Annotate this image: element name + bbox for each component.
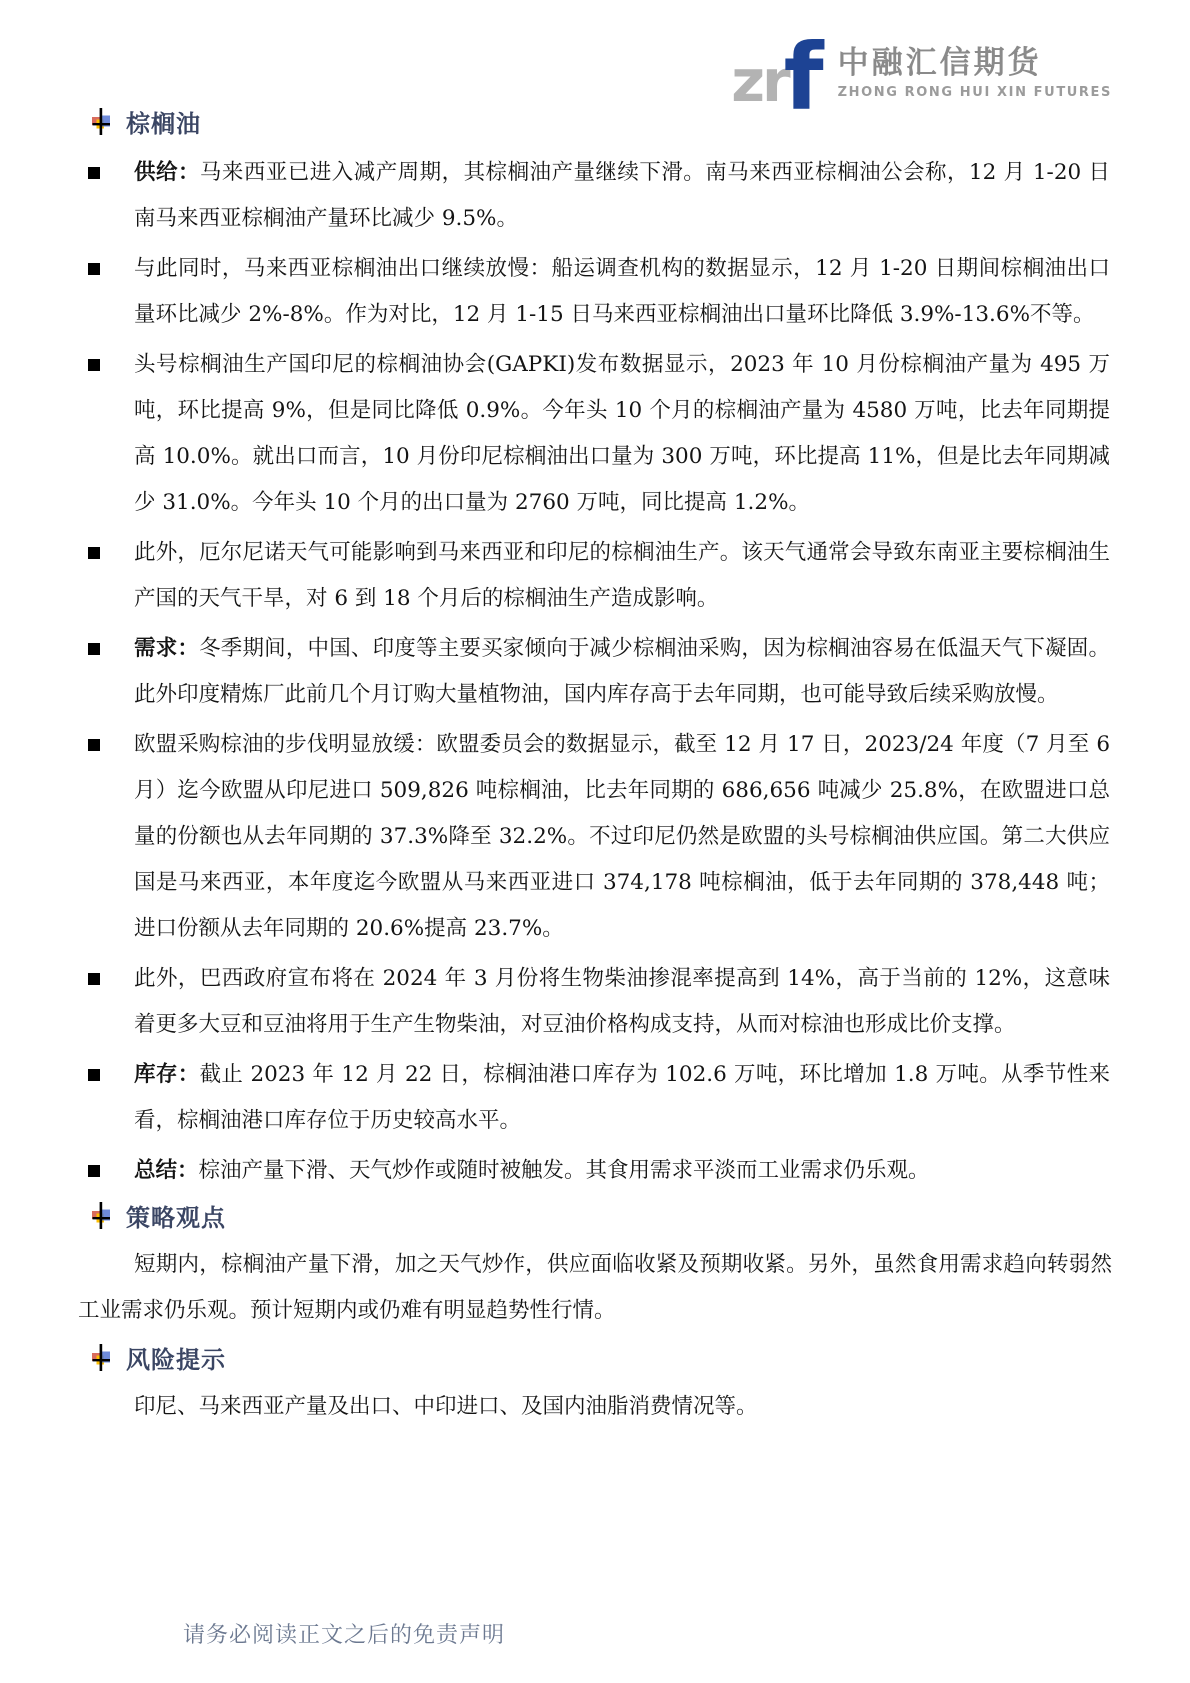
section-bullet-icon	[92, 108, 110, 135]
square-bullet-icon	[88, 547, 100, 559]
bullet-text: 截止 2023 年 12 月 22 日，棕榈油港口库存为 102.6 万吨，环比…	[134, 1062, 1110, 1133]
company-name-en: ZHONG RONG HUI XIN FUTURES	[838, 85, 1112, 100]
company-name-cn: 中融汇信期货	[838, 37, 1112, 82]
section-heading-palm-oil: 棕榈油	[78, 104, 1112, 138]
logo-text-block: 中融汇信期货 ZHONG RONG HUI XIN FUTURES	[838, 37, 1112, 100]
bullet-text: 头号棕榈油生产国印尼的棕榈油协会(GAPKI)发布数据显示，2023 年 10 …	[134, 352, 1110, 515]
bullet-text: 欧盟采购棕油的步伐明显放缓：欧盟委员会的数据显示，截至 12 月 17 日，20…	[134, 732, 1110, 941]
strategy-paragraph: 短期内，棕榈油产量下滑，加之天气炒作，供应面临收紧及预期收紧。另外，虽然食用需求…	[78, 1242, 1112, 1334]
square-bullet-icon	[88, 1069, 100, 1081]
square-bullet-icon	[88, 739, 100, 751]
section-title: 策略观点	[126, 1198, 226, 1233]
bullet-text: 马来西亚已进入减产周期，其棕榈油产量继续下滑。南马来西亚棕榈油公会称，12 月 …	[134, 160, 1110, 231]
bullet-label: 总结：	[134, 1158, 199, 1183]
bullet-item: 库存：截止 2023 年 12 月 22 日，棕榈油港口库存为 102.6 万吨…	[78, 1052, 1112, 1144]
bullet-list: 供给：马来西亚已进入减产周期，其棕榈油产量继续下滑。南马来西亚棕榈油公会称，12…	[78, 150, 1112, 1194]
square-bullet-icon	[88, 643, 100, 655]
bullet-label: 供给：	[134, 160, 200, 185]
bullet-item: 与此同时，马来西亚棕榈油出口继续放慢：船运调查机构的数据显示，12 月 1-20…	[78, 246, 1112, 338]
bullet-label: 需求：	[134, 636, 199, 661]
logo-zr-letters: zr	[731, 52, 787, 110]
bullet-item: 此外，巴西政府宣布将在 2024 年 3 月份将生物柴油掺混率提高到 14%，高…	[78, 956, 1112, 1048]
section-title: 风险提示	[126, 1340, 226, 1375]
bullet-text: 此外，厄尔尼诺天气可能影响到马来西亚和印尼的棕榈油生产。该天气通常会导致东南亚主…	[134, 540, 1110, 611]
bullet-item: 需求：冬季期间，中国、印度等主要买家倾向于减少棕榈油采购，因为棕榈油容易在低温天…	[78, 626, 1112, 718]
square-bullet-icon	[88, 973, 100, 985]
section-heading-strategy: 策略观点	[78, 1198, 1112, 1232]
bullet-item: 头号棕榈油生产国印尼的棕榈油协会(GAPKI)发布数据显示，2023 年 10 …	[78, 342, 1112, 526]
bullet-text: 棕油产量下滑、天气炒作或随时被触发。其食用需求平淡而工业需求仍乐观。	[199, 1158, 930, 1183]
report-body: 棕榈油 供给：马来西亚已进入减产周期，其棕榈油产量继续下滑。南马来西亚棕榈油公会…	[78, 104, 1112, 1430]
bullet-item: 总结：棕油产量下滑、天气炒作或随时被触发。其食用需求平淡而工业需求仍乐观。	[78, 1148, 1112, 1194]
bullet-label: 库存：	[134, 1062, 200, 1087]
footer-disclaimer: 请务必阅读正文之后的免责声明	[183, 1618, 505, 1649]
logo-wordmark: zr f	[731, 22, 823, 114]
bullet-text: 冬季期间，中国、印度等主要买家倾向于减少棕榈油采购，因为棕榈油容易在低温天气下凝…	[134, 636, 1110, 707]
section-bullet-icon	[92, 1202, 110, 1229]
bullet-item: 供给：马来西亚已进入减产周期，其棕榈油产量继续下滑。南马来西亚棕榈油公会称，12…	[78, 150, 1112, 242]
section-title: 棕榈油	[126, 104, 201, 139]
bullet-item: 此外，厄尔尼诺天气可能影响到马来西亚和印尼的棕榈油生产。该天气通常会导致东南亚主…	[78, 530, 1112, 622]
square-bullet-icon	[88, 167, 100, 179]
bullet-item: 欧盟采购棕油的步伐明显放缓：欧盟委员会的数据显示，截至 12 月 17 日，20…	[78, 722, 1112, 952]
risk-paragraph: 印尼、马来西亚产量及出口、中印进口、及国内油脂消费情况等。	[78, 1384, 1112, 1430]
section-bullet-icon	[92, 1344, 110, 1371]
square-bullet-icon	[88, 263, 100, 275]
company-logo: zr f 中融汇信期货 ZHONG RONG HUI XIN FUTURES	[731, 22, 1112, 114]
square-bullet-icon	[88, 1165, 100, 1177]
report-page: zr f 中融汇信期货 ZHONG RONG HUI XIN FUTURES 棕…	[0, 0, 1190, 1683]
bullet-text: 此外，巴西政府宣布将在 2024 年 3 月份将生物柴油掺混率提高到 14%，高…	[134, 966, 1110, 1037]
section-heading-risk: 风险提示	[78, 1340, 1112, 1374]
bullet-text: 与此同时，马来西亚棕榈油出口继续放慢：船运调查机构的数据显示，12 月 1-20…	[134, 256, 1110, 327]
square-bullet-icon	[88, 359, 100, 371]
